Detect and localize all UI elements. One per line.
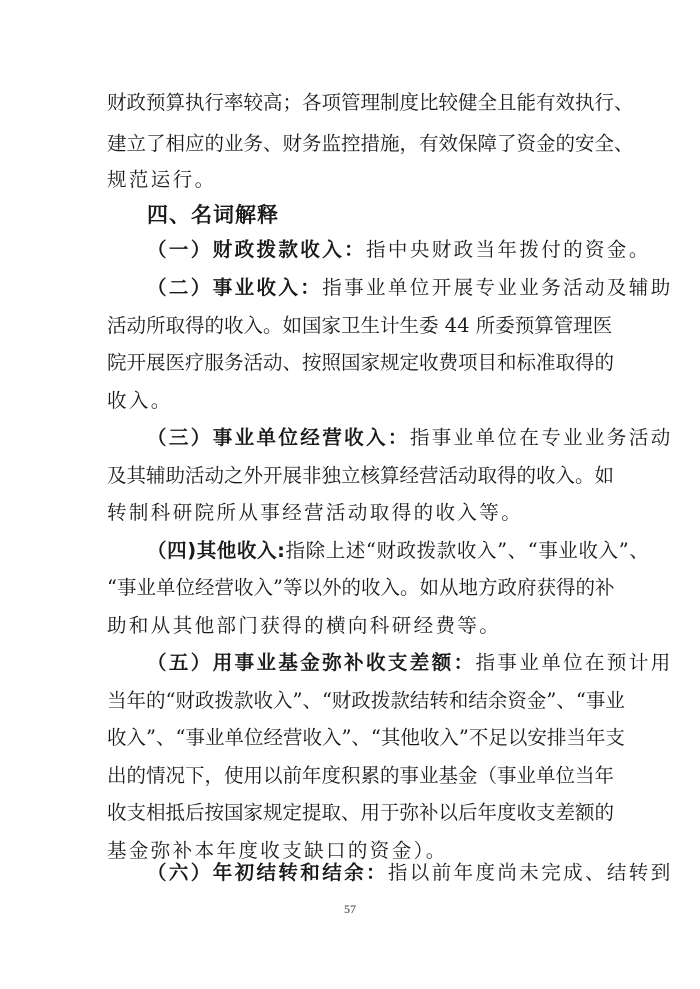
body-text-line: 助和从其他部门获得的横向科研经费等。 [107, 609, 597, 643]
definition-2: （二）事业收入：指事业单位开展专业业务活动及辅助 [147, 271, 597, 305]
definition-term: （一）财政拨款收入： [147, 238, 366, 261]
body-text-line: 收入。 [107, 384, 597, 418]
definition-4: （四)其他收入:指除上述“财政拨款收入”、“事业收入”、 [147, 534, 597, 568]
definition-text: 指事业单位在预计用 [476, 651, 673, 674]
body-text-line: 活动所取得的收入。如国家卫生计生委 44 所委预算管理医 [107, 309, 597, 343]
section-heading: 四、名词解释 [147, 198, 597, 232]
page-number: 57 [0, 902, 700, 917]
definition-text: 指除上述“财政拨款收入”、“事业收入”、 [286, 539, 650, 562]
definition-text: 指事业单位在专业业务活动 [410, 426, 673, 449]
body-text-line: 院开展医疗服务活动、按照国家规定收费项目和标准取得的 [107, 346, 597, 380]
definition-text: 指以前年度尚未完成、结转到 [388, 861, 673, 884]
definition-term: （五）用事业基金弥补收支差额： [147, 651, 476, 674]
body-text-line: 规范运行。 [107, 163, 597, 197]
definition-text: 指中央财政当年拨付的资金。 [366, 238, 651, 261]
definition-term: （四)其他收入: [147, 539, 286, 562]
definition-term: （二）事业收入： [147, 276, 322, 299]
body-text-line: 当年的“财政拨款收入”、“财政拨款结转和结余资金”、“事业 [107, 684, 597, 718]
body-text-line: 及其辅助活动之外开展非独立核算经营活动取得的收入。如 [107, 459, 597, 493]
definition-text: 指事业单位开展专业业务活动及辅助 [322, 276, 672, 299]
body-text-line: 转制科研院所从事经营活动取得的收入等。 [107, 496, 597, 530]
document-page: 财政预算执行率较高；各项管理制度比较健全且能有效执行、 建立了相应的业务、财务监… [0, 0, 700, 989]
body-text-line: 出的情况下，使用以前年度积累的事业基金（事业单位当年 [107, 759, 597, 793]
definition-1: （一）财政拨款收入：指中央财政当年拨付的资金。 [147, 233, 597, 267]
body-text-line: 财政预算执行率较高；各项管理制度比较健全且能有效执行、 [107, 86, 597, 120]
definition-5: （五）用事业基金弥补收支差额：指事业单位在预计用 [147, 646, 597, 680]
definition-term: （六）年初结转和结余： [147, 861, 388, 884]
definition-term: （三）事业单位经营收入： [147, 426, 410, 449]
definition-6: （六）年初结转和结余：指以前年度尚未完成、结转到 [147, 856, 597, 890]
body-text-line: 收支相抵后按国家规定提取、用于弥补以后年度收支差额的 [107, 796, 597, 830]
body-text-line: 收入”、“事业单位经营收入”、“其他收入”不足以安排当年支 [107, 721, 597, 755]
body-text-line: 建立了相应的业务、财务监控措施，有效保障了资金的安全、 [107, 127, 597, 161]
definition-3: （三）事业单位经营收入：指事业单位在专业业务活动 [147, 421, 597, 455]
body-text-line: “事业单位经营收入”等以外的收入。如从地方政府获得的补 [107, 571, 597, 605]
